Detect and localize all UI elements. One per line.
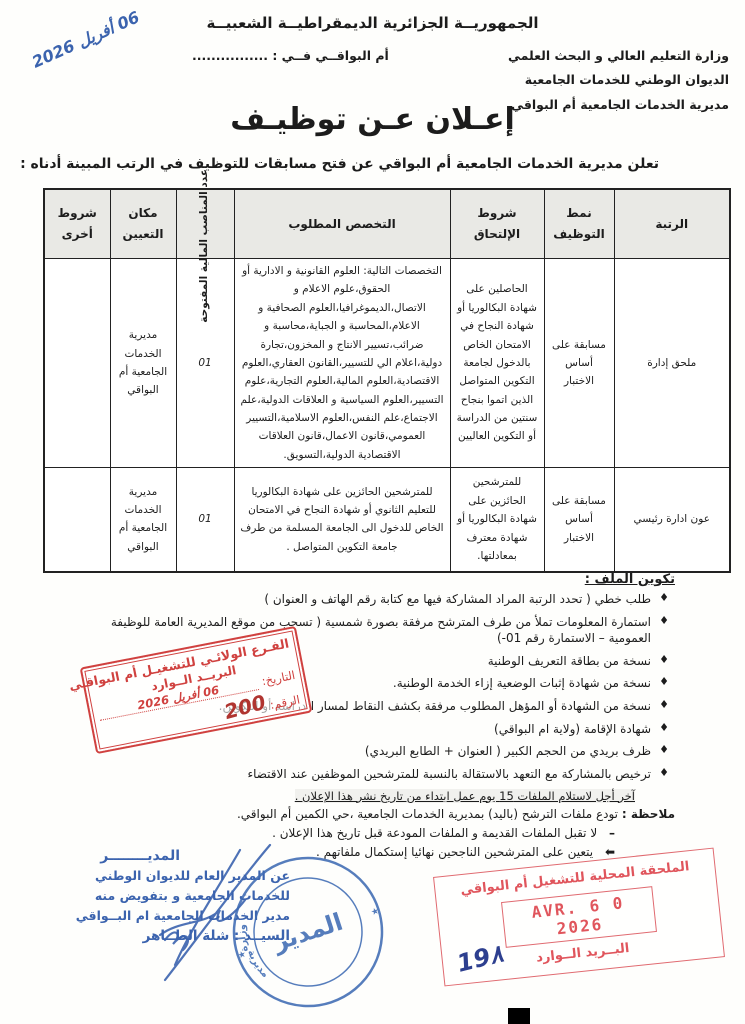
scan-artifact-square [508,1008,530,1024]
announcement-title: إعـلان عـن توظيـف [0,102,745,137]
svg-text:وزارة التعليم العالي و البحث ا: وزارة التعليم العالي و البحث العلمي [228,865,256,958]
diamond-bullet-icon: ♦ [659,721,669,736]
stamp-subtitle-text: البــريد الــوارد [536,941,631,966]
col-header-mode: نمط التوظيف [544,189,614,259]
cell-conditions: للمترشحين الحائزين على شهادة البكالوريا … [450,468,544,572]
diamond-bullet-icon: ♦ [659,614,669,629]
cell-other [44,468,110,572]
col-header-rank: الرتبة [614,189,730,259]
list-item: ♦طلب خطي ( تحدد الرتبة المراد المشاركة ف… [65,591,651,607]
col-header-count-text: عدد المناصب المالية المفتوحة [198,169,212,279]
director-title: المديــــــــر [40,848,180,864]
cell-rank: ملحق إدارة [614,259,730,468]
red-stamp-local-annex: الملحقة المحلية للتشغيل أم البواقي 0 6 A… [433,848,725,987]
document-item-text: ترخيص بالمشاركة مع التعهد بالاستقالة بال… [247,767,651,781]
recruitment-table: الرتبة نمط التوظيف شروط الإلتحاق التخصص … [43,188,731,573]
note-label: ملاحظة : [622,807,675,821]
cell-location: مديرية الخدمات الجامعية أم البواقي [110,259,176,468]
cell-specialty: للمترشحين الحائزين على شهادة البكالوريا … [234,468,450,572]
cell-mode: مسابقة على أساس الاختبار [544,259,614,468]
document-item-text: شهادة الإقامة (ولاية ام البواقي) [494,722,651,736]
document-item-text: استمارة المعلومات تملأ من طرف المترشح مر… [111,615,651,645]
document-page: الجمهوريــة الجزائرية الديمقراطيــة الشع… [0,0,745,1024]
round-stamp-center-text: المدير [269,908,346,957]
handwritten-mail-number: 19٨ [454,939,506,977]
document-item-text: طلب خطي ( تحدد الرتبة المراد المشاركة في… [264,592,651,606]
diamond-bullet-icon: ♦ [659,653,669,668]
cell-specialty: التخصصات التالية: العلوم القانونية و الا… [234,259,450,468]
diamond-bullet-icon: ♦ [659,766,669,781]
diamond-bullet-icon: ♦ [659,698,669,713]
table-header-row: الرتبة نمط التوظيف شروط الإلتحاق التخصص … [44,189,730,259]
diamond-bullet-icon: ♦ [659,591,669,606]
col-header-count: عدد المناصب المالية المفتوحة [176,189,234,259]
ministry-line-1: وزارة التعليم العالي و البحث العلمي [508,44,729,68]
document-item-text: نسخة من شهادة إثبات الوضعية إزاء الخدمة … [393,676,651,690]
cell-location: مديرية الخدمات الجامعية أم البواقي [110,468,176,572]
document-item-text: ظرف بريدي من الحجم الكبير ( العنوان + ال… [365,744,651,758]
ministry-line-2: الديوان الوطني للخدمات الجامعية [508,68,729,92]
table-row: ملحق إدارة مسابقة على أساس الاختبار الحا… [44,259,730,468]
arrow-icon: ⬅ [605,845,615,859]
diamond-bullet-icon: ♦ [659,675,669,690]
col-header-specialty: التخصص المطلوب [234,189,450,259]
cell-other [44,259,110,468]
intro-line: تعلن مديرية الخدمات الجامعية أم البواقي … [20,156,659,172]
table-row: عون ادارة رئيسي مسابقة على أساس الاختبار… [44,468,730,572]
cell-conditions: الحاصلين على شهادة البكالوريا أو شهادة ا… [450,259,544,468]
document-item-text: نسخة من بطاقة التعريف الوطنية [488,654,651,668]
col-header-other: شروط أخرى [44,189,110,259]
stamp-number-label: الرقم: [269,693,301,712]
note-item-text: لا تقبل الملفات القديمة و الملفات المودع… [272,826,597,840]
cell-count: 01 [176,468,234,572]
round-director-stamp: وزارة التعليم العالي و البحث العلمي مدير… [228,852,388,1012]
note-line: ملاحظة : تودع ملفات الترشح (باليد) بمدير… [65,807,675,821]
list-item: ♦استمارة المعلومات تملأ من طرف المترشح م… [65,614,651,646]
list-item: ♦ظرف بريدي من الحجم الكبير ( العنوان + ا… [65,743,651,759]
stamp-date-box: 0 6 AVR. 2026 [501,886,657,948]
col-header-location: مكان التعيين [110,189,176,259]
cell-rank: عون ادارة رئيسي [614,468,730,572]
note-item-dash: – لا تقبل الملفات القديمة و الملفات المو… [65,826,615,840]
diamond-bullet-icon: ♦ [659,743,669,758]
cell-mode: مسابقة على أساس الاختبار [544,468,614,572]
deadline-line: آخر أجل لاستلام الملفات 15 يوم عمل ابتدا… [295,789,635,803]
note-text: تودع ملفات الترشح (باليد) بمديرية الخدما… [237,807,618,821]
dash-icon: – [609,826,615,840]
list-item: ♦ترخيص بالمشاركة مع التعهد بالاستقالة با… [65,766,651,782]
round-stamp-ring-top: وزارة التعليم العالي و البحث العلمي [228,865,256,958]
file-section-title: تكوين الملف : [65,572,675,587]
col-header-conditions: شروط الإلتحاق [450,189,544,259]
place-date-line: أم البواقــي فــي : ................ [192,48,389,63]
